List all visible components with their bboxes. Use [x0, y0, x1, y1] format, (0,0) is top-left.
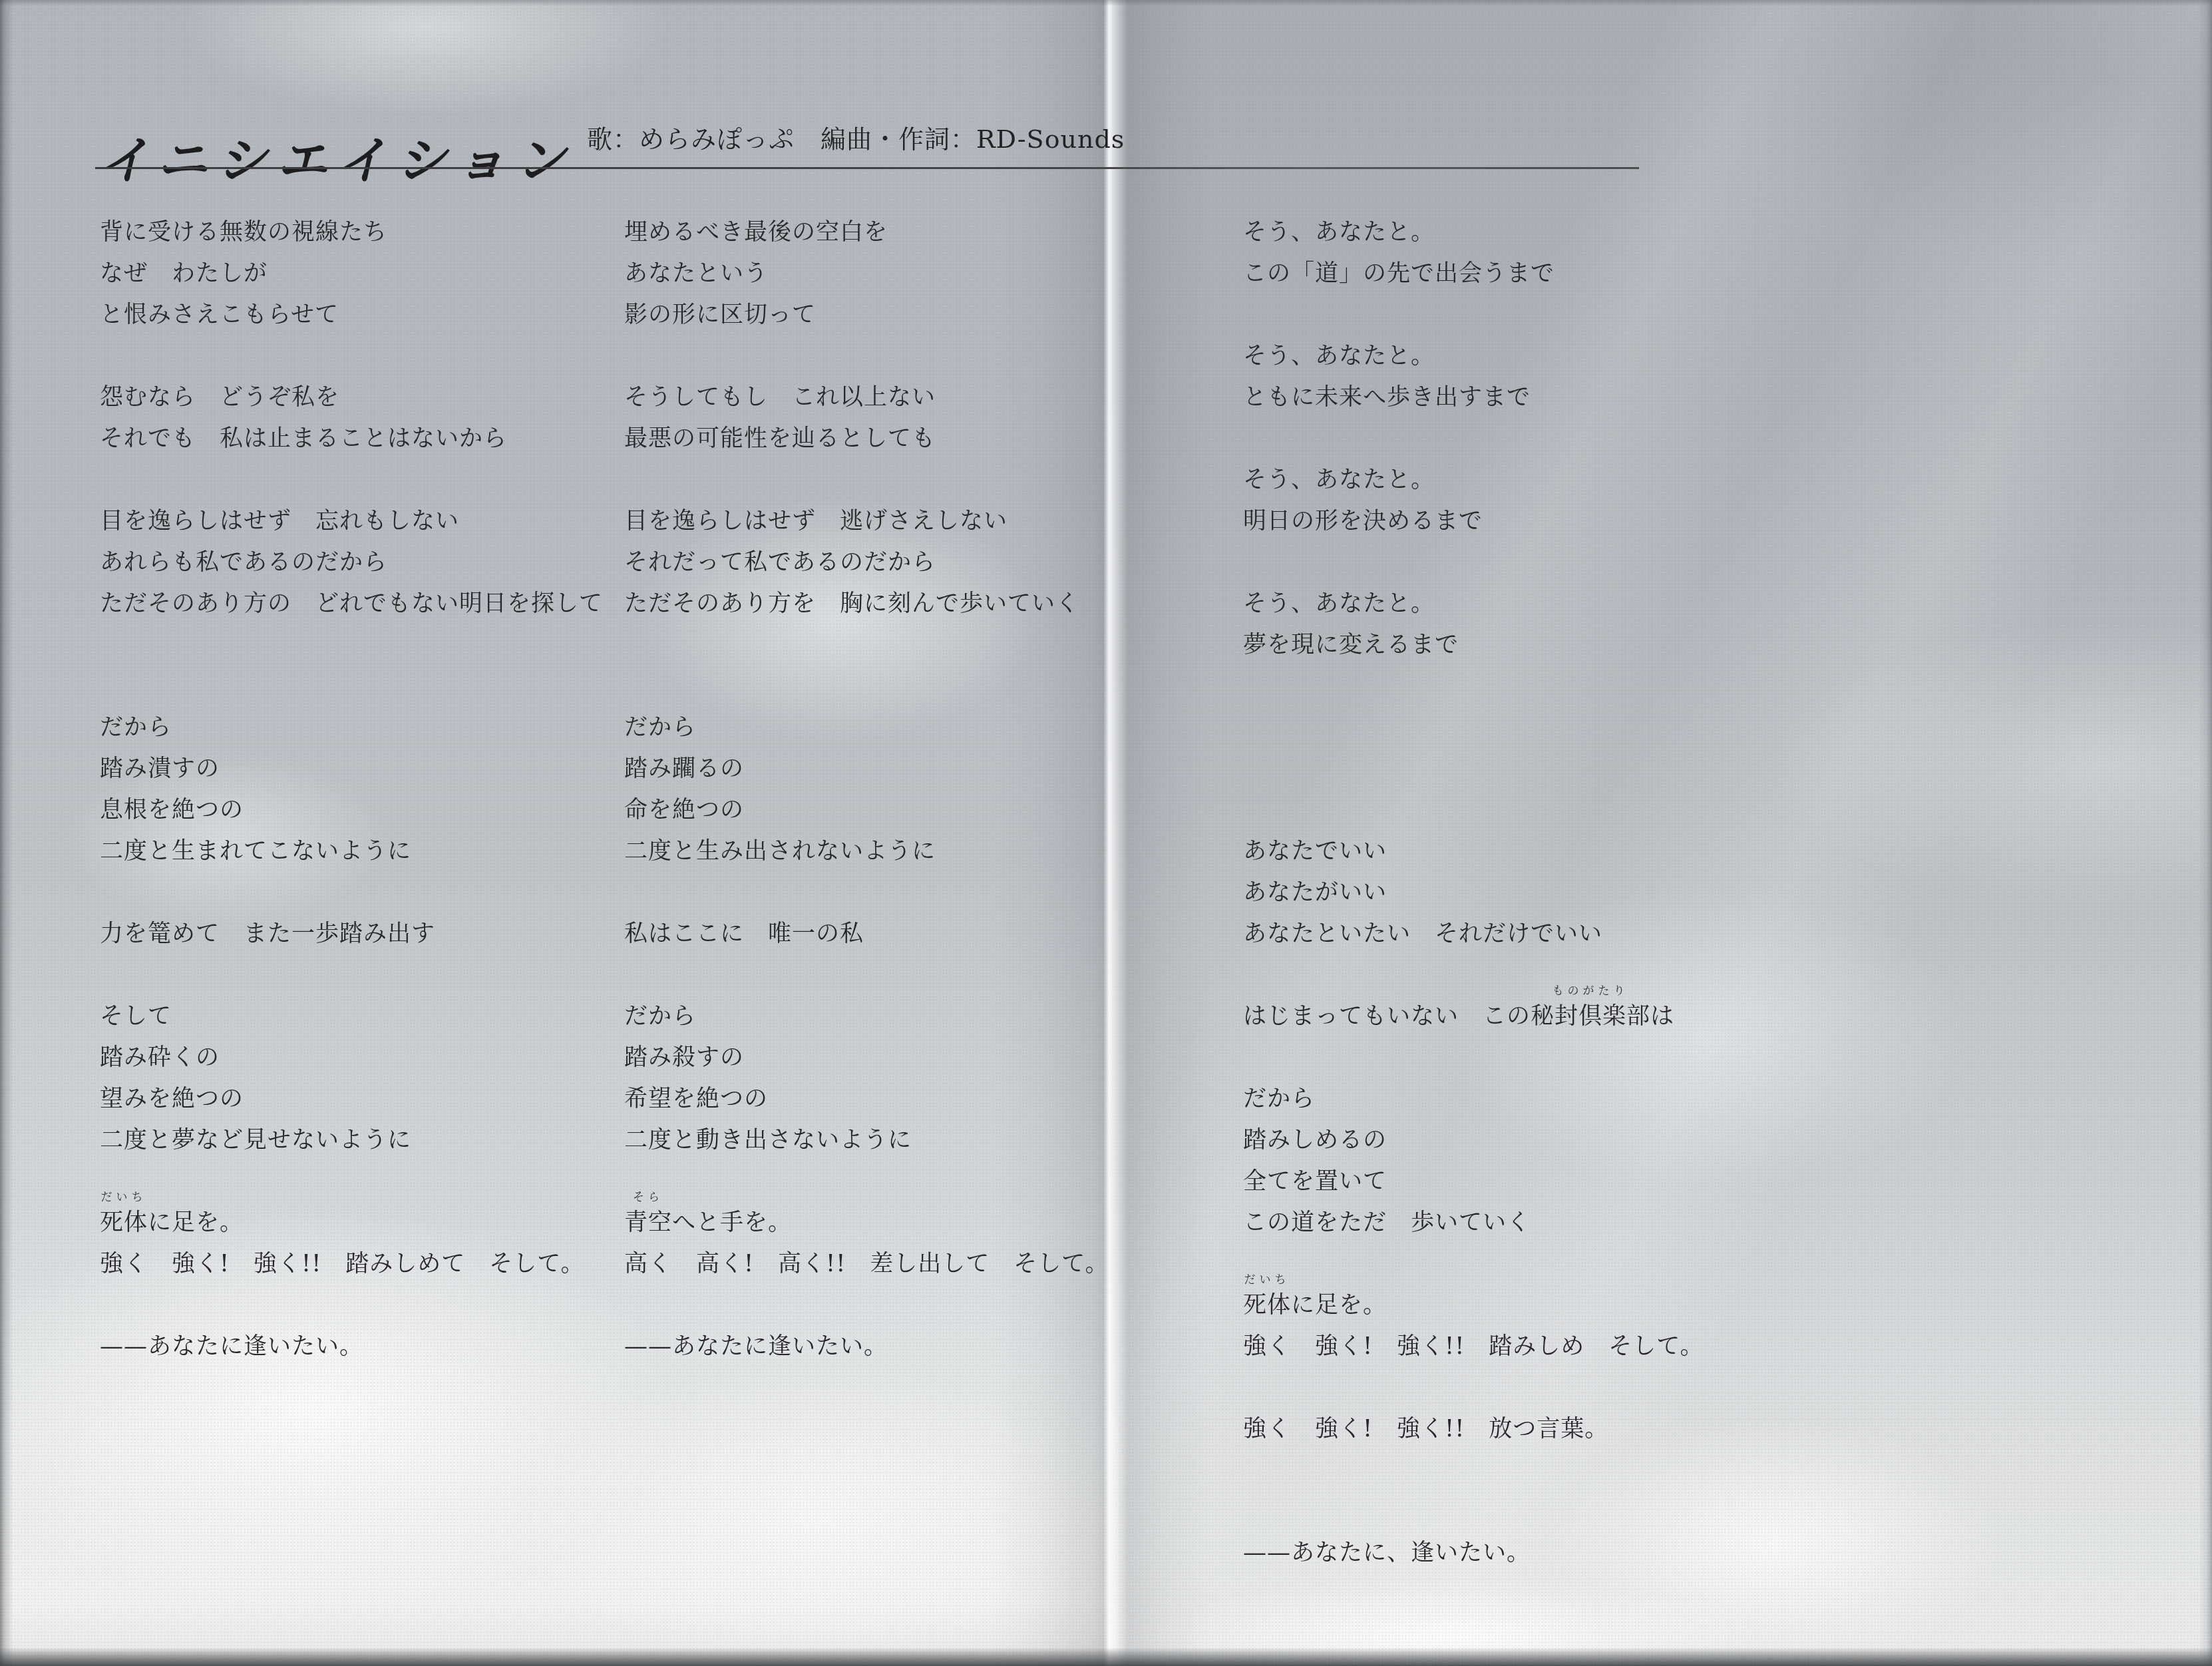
lyric-line — [624, 872, 1103, 913]
ruby-base: だいち死体 — [1243, 1285, 1291, 1326]
lyric-line — [624, 666, 1103, 707]
lyric-line: 命を絶つの — [624, 789, 1103, 831]
lyric-line — [624, 1161, 1103, 1202]
lyrics-column-1: 背に受ける無数の視線たちなぜ わたしがと恨みさえこもらせて怨むなら どうぞ私をそ… — [100, 212, 606, 1367]
lyric-line: そうしてもし これ以上ない — [624, 377, 1103, 418]
lyric-line: 二度と生まれてこないように — [100, 831, 606, 872]
lyric-line: それでも 私は止まることはないから — [100, 418, 606, 459]
lyric-line — [1243, 666, 1815, 707]
lyric-line: そう、あなたと。 — [1243, 212, 1815, 253]
lyric-line: あなたといたい それだけでいい — [1243, 913, 1815, 954]
song-title: イニシエイション — [97, 136, 584, 187]
lyrics-column-3: そう、あなたと。この「道」の先で出会うまでそう、あなたと。ともに未来へ歩き出すま… — [1243, 212, 1815, 1573]
lyric-line: 影の形に区切って — [624, 294, 1103, 335]
lyric-line: ただそのあり方を 胸に刻んで歩いていく — [624, 583, 1103, 624]
lyric-line — [1243, 954, 1815, 996]
lyric-line: ともに未来へ歩き出すまで — [1243, 377, 1815, 418]
lyric-line: 強く 強く! 強く!! 踏みしめ そして。 — [1243, 1326, 1815, 1367]
lyric-line: 目を逸らしはせず 忘れもしない — [100, 501, 606, 542]
lyric-line: あなたでいい — [1243, 831, 1815, 872]
lyric-line: あなたがいい — [1243, 872, 1815, 913]
lyric-line — [1243, 1367, 1815, 1408]
furigana: だいち — [100, 1192, 148, 1203]
lyric-line: 目を逸らしはせず 逃げさえしない — [624, 501, 1103, 542]
lyric-line: なぜ わたしが — [100, 253, 606, 294]
lyric-line: 最悪の可能性を辿るとしても — [624, 418, 1103, 459]
lyric-line: だいち死体に足を。 — [1243, 1285, 1815, 1326]
lyric-line — [624, 1285, 1103, 1326]
lyric-line — [1243, 542, 1815, 583]
lyric-line: 私はここに 唯一の私 — [624, 913, 1103, 954]
lyric-line — [1243, 707, 1815, 748]
lyric-line: だいち死体に足を。 — [100, 1202, 606, 1243]
lyric-line: そして — [100, 996, 606, 1037]
lyric-line — [624, 624, 1103, 666]
lyric-line: ——あなたに逢いたい。 — [100, 1326, 606, 1367]
lyric-line: 二度と生み出されないように — [624, 831, 1103, 872]
lyric-line — [1243, 1450, 1815, 1491]
lyrics-column-2: 埋めるべき最後の空白をあなたという影の形に区切ってそうしてもし これ以上ない最悪… — [624, 212, 1103, 1367]
lyric-line — [100, 954, 606, 996]
lyric-line: 高く 高く! 高く!! 差し出して そして。 — [624, 1243, 1103, 1285]
lyric-line — [1243, 789, 1815, 831]
lyric-line: 二度と動き出さないように — [624, 1120, 1103, 1161]
furigana: だいち — [1243, 1275, 1291, 1286]
lyric-line: だから — [1243, 1078, 1815, 1120]
lyric-line: と恨みさえこもらせて — [100, 294, 606, 335]
lyrics-booklet-scan: イニシエイション 歌：めらみぽっぷ 編曲・作詞：RD-Sounds 背に受ける無… — [0, 0, 2212, 1666]
lyric-line — [624, 459, 1103, 501]
lyric-line — [1243, 748, 1815, 789]
title-underline-rule — [95, 167, 1639, 169]
lyric-line: 埋めるべき最後の空白を — [624, 212, 1103, 253]
lyric-line: だから — [624, 707, 1103, 748]
lyric-line — [100, 666, 606, 707]
lyric-line: 全てを置いて — [1243, 1161, 1815, 1202]
lyric-line: はじまってもいない このものがたり秘封倶楽部は — [1243, 996, 1815, 1037]
lyric-line: 強く 強く! 強く!! 踏みしめて そして。 — [100, 1243, 606, 1285]
lyric-line — [100, 624, 606, 666]
lyric-line: そら青空へと手を。 — [624, 1202, 1103, 1243]
lyric-line: 二度と夢など見せないように — [100, 1120, 606, 1161]
lyric-line: そう、あなたと。 — [1243, 459, 1815, 501]
lyric-line: 踏み殺すの — [624, 1037, 1103, 1078]
lyric-line: 明日の形を決めるまで — [1243, 501, 1815, 542]
lyric-line — [1243, 418, 1815, 459]
lyric-line: この「道」の先で出会うまで — [1243, 253, 1815, 294]
lyric-line — [624, 954, 1103, 996]
lyric-line: だから — [624, 996, 1103, 1037]
ruby-base: そら青空 — [624, 1202, 672, 1243]
lyric-line — [100, 1161, 606, 1202]
lyric-line: 希望を絶つの — [624, 1078, 1103, 1120]
lyric-line — [624, 335, 1103, 377]
lyric-line: 望みを絶つの — [100, 1078, 606, 1120]
lyric-line: 力を篭めて また一歩踏み出す — [100, 913, 606, 954]
lyric-line: 踏み躙るの — [624, 748, 1103, 789]
lyric-line: 踏み砕くの — [100, 1037, 606, 1078]
lyric-line: 背に受ける無数の視線たち — [100, 212, 606, 253]
lyric-line: この道をただ 歩いていく — [1243, 1202, 1815, 1243]
lyric-line: あなたという — [624, 253, 1103, 294]
lyric-line: そう、あなたと。 — [1243, 583, 1815, 624]
lyric-line: 強く 強く! 強く!! 放つ言葉。 — [1243, 1408, 1815, 1450]
lyric-line — [1243, 1243, 1815, 1285]
lyric-line: 怨むなら どうぞ私を — [100, 377, 606, 418]
lyric-line — [100, 1285, 606, 1326]
lyric-line: ——あなたに、逢いたい。 — [1243, 1532, 1815, 1573]
lyric-line: だから — [100, 707, 606, 748]
lyric-line — [1243, 294, 1815, 335]
ruby-base: ものがたり秘封倶楽部 — [1531, 996, 1650, 1037]
lyric-line: 夢を現に変えるまで — [1243, 624, 1815, 666]
lyric-line: そう、あなたと。 — [1243, 335, 1815, 377]
lyric-line: 踏み潰すの — [100, 748, 606, 789]
lyric-line: ただそのあり方の どれでもない明日を探して — [100, 583, 606, 624]
lyric-line — [100, 872, 606, 913]
furigana: ものがたり — [1531, 986, 1650, 997]
ruby-base: だいち死体 — [100, 1202, 148, 1243]
lyric-line: ——あなたに逢いたい。 — [624, 1326, 1103, 1367]
lyric-line: 踏みしめるの — [1243, 1120, 1815, 1161]
lyric-line: あれらも私であるのだから — [100, 542, 606, 583]
lyric-line: それだって私であるのだから — [624, 542, 1103, 583]
lyric-line — [100, 335, 606, 377]
lyric-line: 息根を絶つの — [100, 789, 606, 831]
lyric-line — [1243, 1491, 1815, 1532]
lyric-line — [1243, 1037, 1815, 1078]
artist-credits: 歌：めらみぽっぷ 編曲・作詞：RD-Sounds — [587, 126, 1125, 152]
furigana: そら — [624, 1192, 672, 1203]
lyric-line — [100, 459, 606, 501]
